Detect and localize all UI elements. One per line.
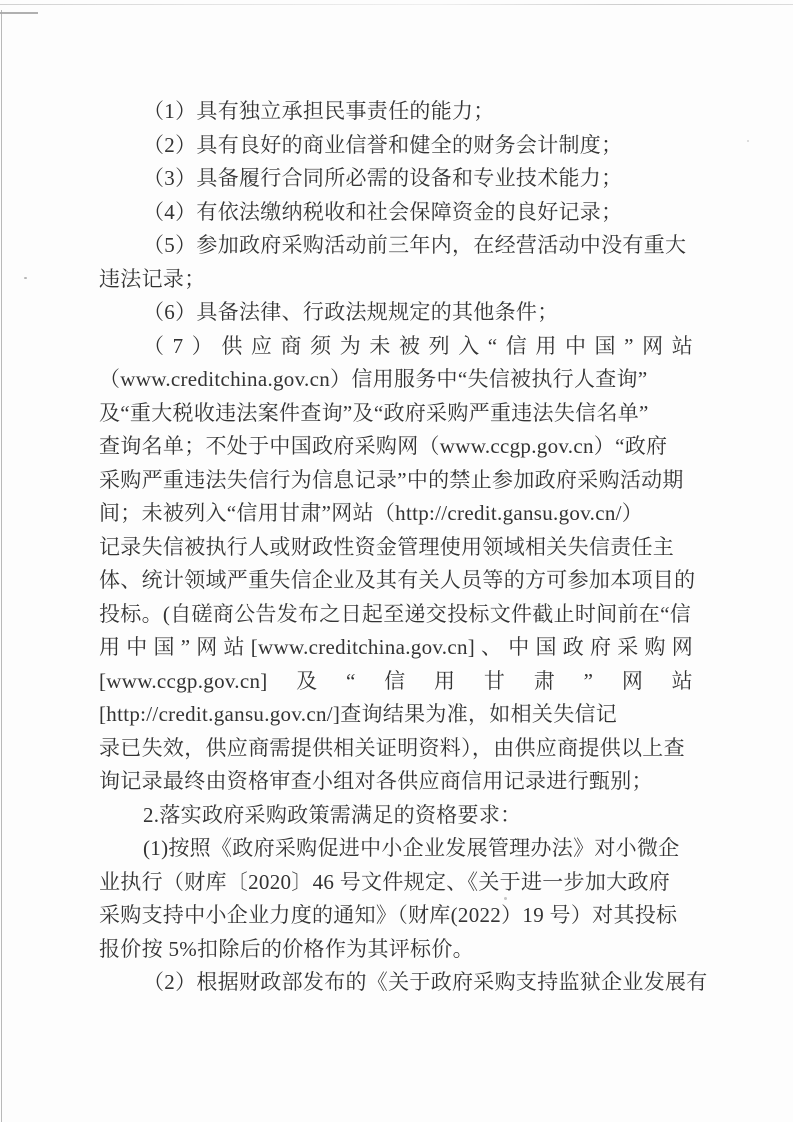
doc-line: 用中国”网站[www.creditchina.gov.cn]、中国政府采购网 [99, 631, 693, 665]
doc-line: 2.落实政府采购政策需满足的资格要求： [99, 799, 693, 833]
doc-line: 违法记录； [99, 263, 693, 297]
doc-line: （2）根据财政部发布的《关于政府采购支持监狱企业发展有 [99, 966, 693, 1000]
doc-line: 业执行（财库〔2020〕46 号文件规定、《关于进一步加大政府 [99, 866, 693, 900]
doc-line: （1）具有独立承担民事责任的能力； [99, 95, 693, 129]
document-page: （1）具有独立承担民事责任的能力； （2）具有良好的商业信誉和健全的财务会计制度… [0, 0, 793, 1122]
scan-edge-top-left [0, 12, 38, 14]
doc-line: 体、统计领域严重失信企业及其有关人员等的方可参加本项目的 [99, 564, 693, 598]
doc-line: 记录失信被执行人或财政性资金管理使用领域相关失信责任主 [99, 531, 693, 565]
doc-line: 采购支持中小企业力度的通知》（财库(2022）19 号）对其投标 [99, 899, 693, 933]
doc-line: 采购严重违法失信行为信息记录”中的禁止参加政府采购活动期 [99, 464, 693, 498]
doc-line: 询记录最终由资格审查小组对各供应商信用记录进行甄别； [99, 765, 693, 799]
doc-line: （2）具有良好的商业信誉和健全的财务会计制度； [99, 129, 693, 163]
doc-line: 录已失效，供应商需提供相关证明资料），由供应商提供以上查 [99, 732, 693, 766]
paper-speck [24, 277, 27, 279]
doc-line: 间；未被列入“信用甘肃”网站（http://credit.gansu.gov.c… [99, 497, 693, 531]
paper-speck [747, 140, 749, 142]
doc-line: （3）具备履行合同所必需的设备和专业技术能力； [99, 162, 693, 196]
doc-line: （4）有依法缴纳税收和社会保障资金的良好记录； [99, 196, 693, 230]
doc-line: [www.ccgp.gov.cn]及“信用甘肃”网站 [99, 665, 693, 699]
doc-line: （www.creditchina.gov.cn）信用服务中“失信被执行人查询” [99, 363, 693, 397]
doc-line: （6）具备法律、行政法规规定的其他条件； [99, 296, 693, 330]
doc-line: 及“重大税收违法案件查询”及“政府采购严重违法失信名单” [99, 397, 693, 431]
scan-edge-left [1, 10, 2, 1122]
doc-line: 报价按 5%扣除后的价格作为其评标价。 [99, 933, 693, 967]
doc-line: （7）供应商须为未被列入“信用中国”网站 [99, 330, 693, 364]
doc-line: [http://credit.gansu.gov.cn/]查询结果为准，如相关失… [99, 698, 693, 732]
doc-line: 投标。(自磋商公告发布之日起至递交投标文件截止时间前在“信 [99, 598, 693, 632]
doc-line: 查询名单；不处于中国政府采购网（www.ccgp.gov.cn）“政府 [99, 430, 693, 464]
scan-edge-top [0, 4, 793, 5]
doc-line: (1)按照《政府采购促进中小企业发展管理办法》对小微企 [99, 832, 693, 866]
document-text-block: （1）具有独立承担民事责任的能力； （2）具有良好的商业信誉和健全的财务会计制度… [99, 95, 693, 1000]
doc-line: （5）参加政府采购活动前三年内，在经营活动中没有重大 [99, 229, 693, 263]
